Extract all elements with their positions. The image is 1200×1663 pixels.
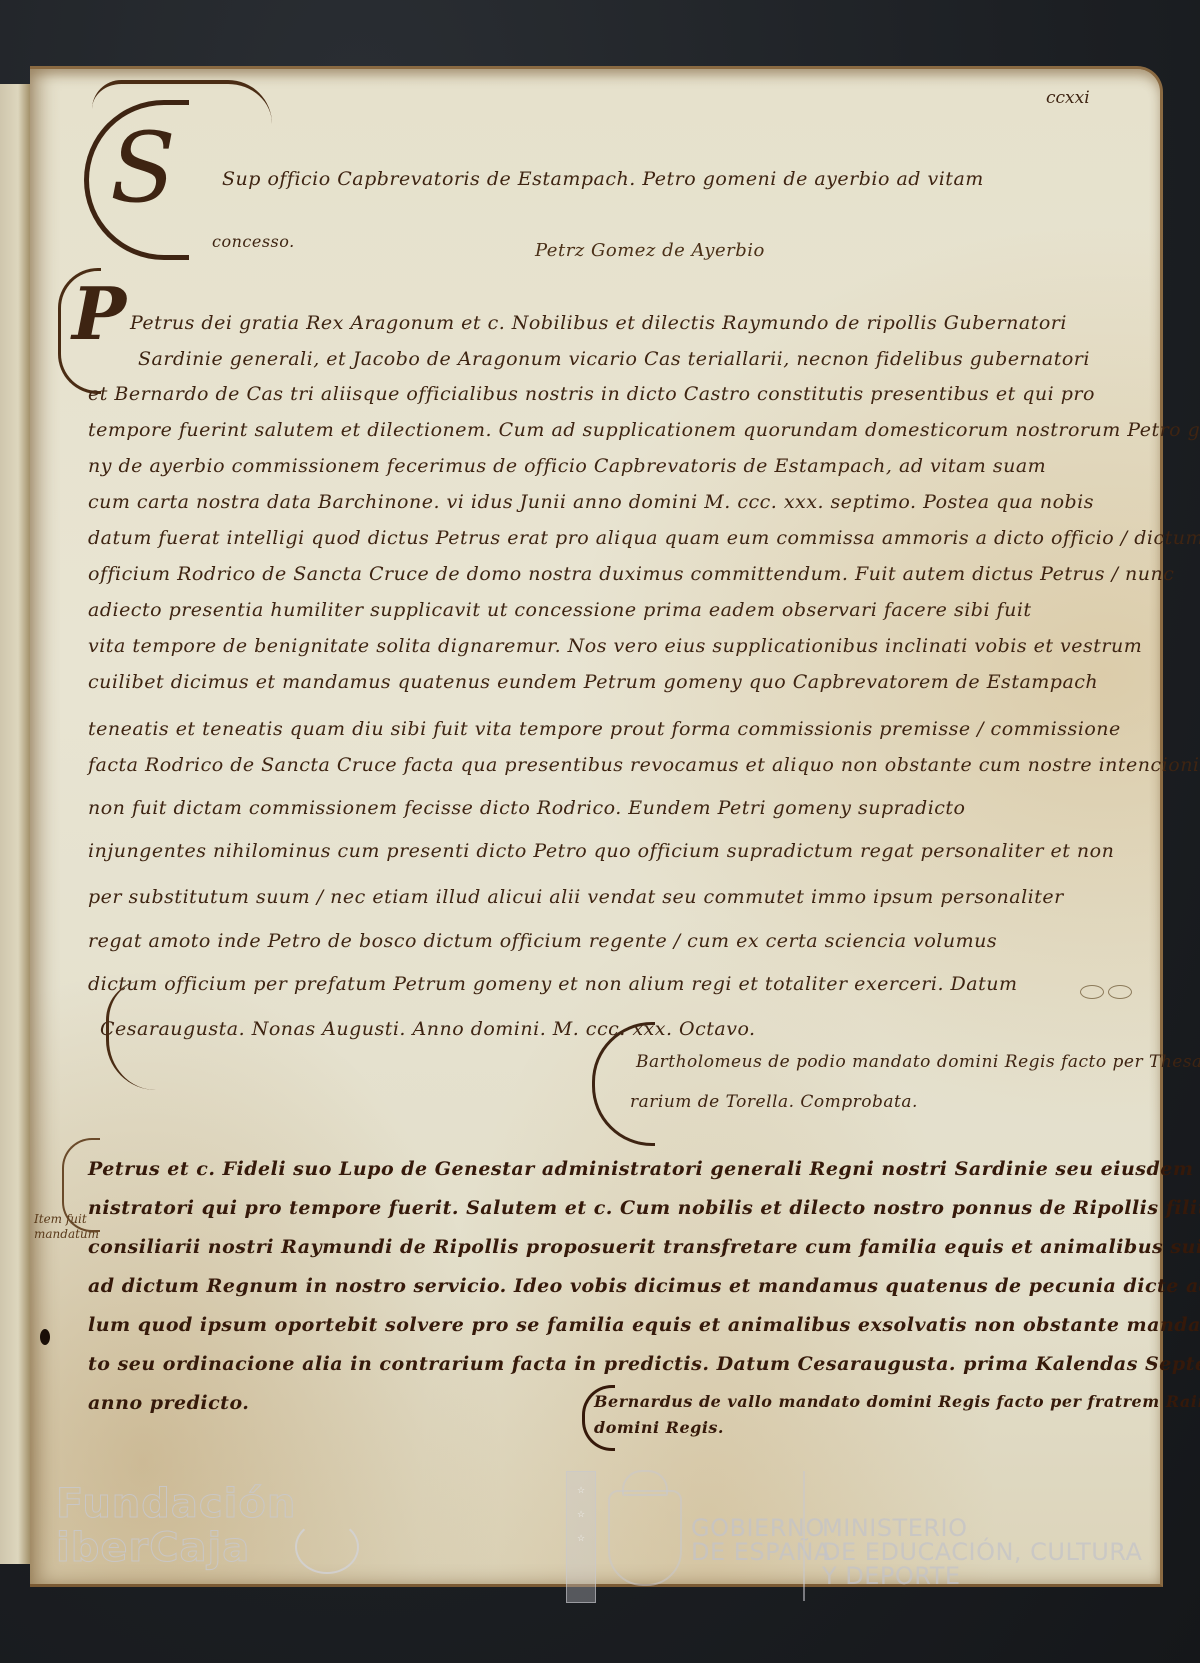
ibercaja-logo-icon xyxy=(295,1520,359,1574)
watermark-gobierno: GOBIERNO DE ESPAÑA xyxy=(691,1516,831,1564)
entry-2-line: lum quod ipsum oportebit solvere pro se … xyxy=(88,1314,1200,1336)
entry-1-signature-line: rarium de Torella. Comprobata. xyxy=(630,1092,918,1112)
entry-2-line: to seu ordinacione alia in contrarium fa… xyxy=(88,1353,1200,1375)
star-icon: ☆ xyxy=(567,1510,595,1520)
watermark-text: DE ESPAÑA xyxy=(691,1540,831,1564)
folio-number: ccxxi xyxy=(1046,88,1090,108)
entry-1-line: adiecto presentia humiliter supplicavit … xyxy=(88,599,1032,621)
entry-1-line: vita tempore de benignitate solita digna… xyxy=(88,635,1142,657)
entry-2-line: Petrus et c. Fideli suo Lupo de Genestar… xyxy=(88,1158,1200,1180)
entry-1-line: teneatis et teneatis quam diu sibi fuit … xyxy=(88,718,1121,740)
watermark-ministerio: MINISTERIO DE EDUCACIÓN, CULTURA Y DEPOR… xyxy=(822,1516,1142,1588)
entry-1-line: cuilibet dicimus et mandamus quatenus eu… xyxy=(88,671,1098,693)
entry-1-line: cum carta nostra data Barchinone. vi idu… xyxy=(88,491,1094,513)
entry-2-line: nistratori qui pro tempore fuerit. Salut… xyxy=(88,1197,1200,1219)
watermark-divider xyxy=(803,1471,805,1601)
star-icon: ☆ xyxy=(567,1534,595,1544)
entry-1-line: datum fuerat intelligi quod dictus Petru… xyxy=(88,527,1200,549)
watermark-text: DE EDUCACIÓN, CULTURA xyxy=(822,1540,1142,1564)
coat-of-arms-icon xyxy=(608,1490,682,1586)
entry-2-signature-line: Bernardus de vallo mandato domini Regis … xyxy=(594,1392,1200,1411)
entry-1-signature-line: Bartholomeus de podio mandato domini Reg… xyxy=(636,1052,1200,1072)
entry-1-line: regat amoto inde Petro de bosco dictum o… xyxy=(88,930,997,952)
entry-2-line: ad dictum Regnum in nostro servicio. Ide… xyxy=(88,1275,1200,1297)
entry-1-line: non fuit dictam commissionem fecisse dic… xyxy=(88,797,965,819)
entry-1-line: dictum officium per prefatum Petrum gome… xyxy=(88,973,1017,995)
star-icon: ☆ xyxy=(567,1486,595,1496)
entry-1-line: et Bernardo de Cas tri aliisque official… xyxy=(88,383,1095,405)
entry-1-line: officium Rodrico de Sancta Cruce de domo… xyxy=(88,563,1174,585)
entry-2-signature-line: domini Regis. xyxy=(594,1418,724,1437)
decorated-initial-p: P xyxy=(72,278,126,350)
entry-1-line: ny de ayerbio commissionem fecerimus de … xyxy=(88,455,1046,477)
entry-1-line: injungentes nihilominus cum presenti dic… xyxy=(88,840,1114,862)
watermark-text: Y DEPORTE xyxy=(822,1564,1142,1588)
entry-1-line: Cesaraugusta. Nonas Augusti. Anno domini… xyxy=(100,1018,756,1040)
spain-flag-icon: ☆ ☆ ☆ xyxy=(566,1471,596,1603)
marginal-name: Petrz Gomez de Ayerbio xyxy=(535,240,765,261)
entry-1-line: per substitutum suum / nec etiam illud a… xyxy=(88,886,1064,908)
stain-mark xyxy=(1080,985,1104,999)
watermark-text: GOBIERNO xyxy=(691,1516,831,1540)
watermark-text: MINISTERIO xyxy=(822,1516,1142,1540)
entry-1-line: Sardinie generali, et Jacobo de Aragonum… xyxy=(138,348,1090,370)
entry-2-line: consiliarii nostri Raymundi de Ripollis … xyxy=(88,1236,1200,1258)
heading-line-1: Sup officio Capbrevatoris de Estampach. … xyxy=(222,168,984,190)
stain-mark xyxy=(1108,985,1132,999)
watermark-fundacion-ibercaja: Fundación iberCaja xyxy=(56,1482,296,1570)
entry-1-line: tempore fuerint salutem et dilectionem. … xyxy=(88,419,1200,441)
entry-1-line: facta Rodrico de Sancta Cruce facta qua … xyxy=(88,754,1200,776)
watermark-text: iberCaja xyxy=(56,1526,296,1570)
decorated-initial-s: S xyxy=(110,120,176,216)
ink-blot xyxy=(40,1329,50,1345)
heading-line-2: concesso. xyxy=(212,232,295,251)
watermark-text: Fundación xyxy=(56,1482,296,1526)
entry-1-line: Petrus dei gratia Rex Aragonum et c. Nob… xyxy=(130,312,1067,334)
facing-page-edge xyxy=(0,84,32,1564)
entry-2-line: anno predicto. xyxy=(88,1392,249,1414)
